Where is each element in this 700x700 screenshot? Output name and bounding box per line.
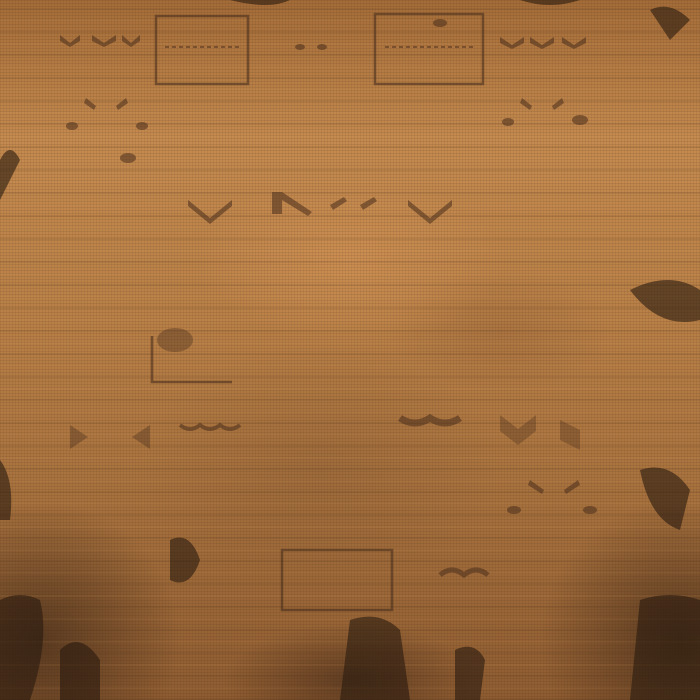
- rug-texture: [0, 0, 700, 700]
- rug-motifs: [0, 0, 700, 700]
